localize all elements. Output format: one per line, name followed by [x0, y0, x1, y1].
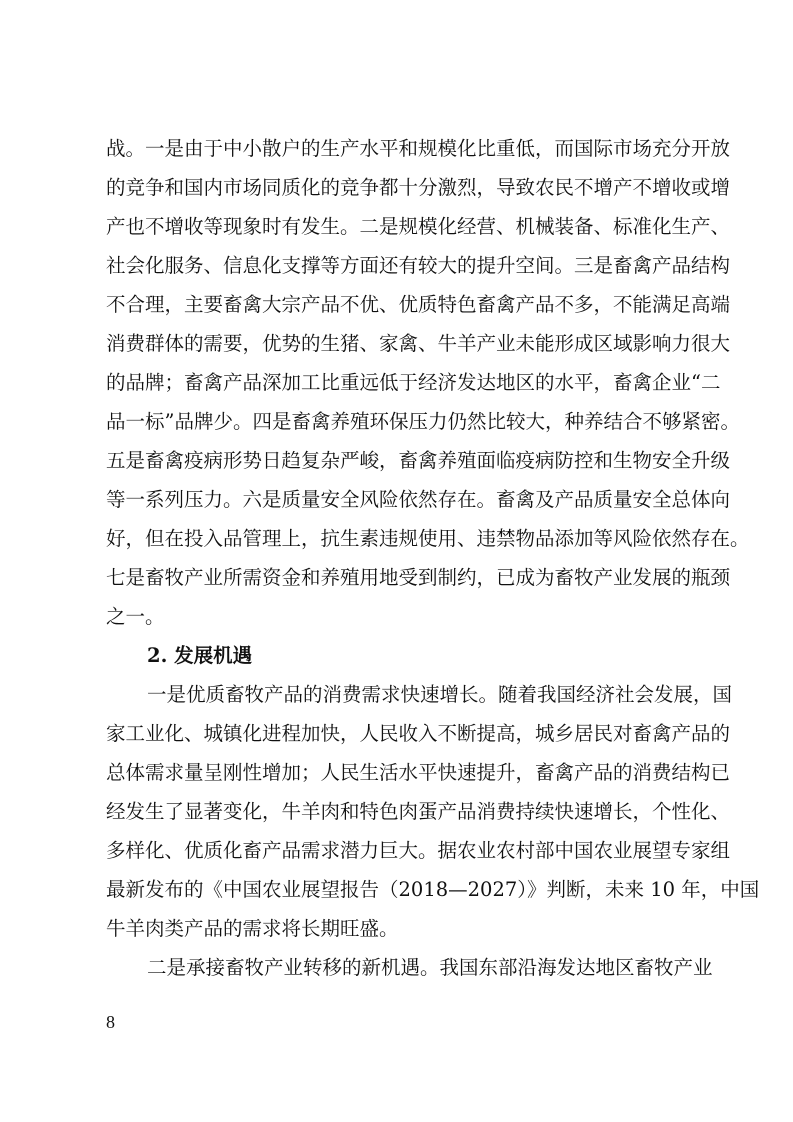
text-line: 总体需求量呈刚性增加；人民生活水平快速提升，畜禽产品的消费结构已: [106, 753, 692, 792]
text-line: 牛羊肉类产品的需求将长期旺盛。: [106, 909, 692, 948]
text-line: 产也不增收等现象时有发生。二是规模化经营、机械装备、标准化生产、: [106, 207, 692, 246]
page-number: 8: [106, 1008, 115, 1036]
text-line: 的竞争和国内市场同质化的竞争都十分激烈，导致农民不增产不增收或增: [106, 168, 692, 207]
text-line: 不合理，主要畜禽大宗产品不优、优质特色畜禽产品不多，不能满足高端: [106, 285, 692, 324]
text-line: 战。一是由于中小散户的生产水平和规模化比重低，而国际市场充分开放: [106, 129, 692, 168]
text-line: 五是畜禽疫病形势日趋复杂严峻，畜禽养殖面临疫病防控和生物安全升级: [106, 441, 692, 480]
text-line: 七是畜牧产业所需资金和养殖用地受到制约，已成为畜牧产业发展的瓶颈: [106, 558, 692, 597]
text-line: 好，但在投入品管理上，抗生素违规使用、违禁物品添加等风险依然存在。: [106, 519, 692, 558]
text-line: 最新发布的《中国农业展望报告（2018—2027）》判断，未来 10 年，中国: [106, 870, 692, 909]
text-line: 品一标”品牌少。四是畜禽养殖环保压力仍然比较大，种养结合不够紧密。: [106, 402, 692, 441]
section-heading: 2. 发展机遇: [147, 636, 252, 675]
text-line: 多样化、优质化畜产品需求潜力巨大。据农业农村部中国农业展望专家组: [106, 831, 692, 870]
text-line: 之一。: [106, 597, 692, 636]
text-line: 一是优质畜牧产品的消费需求快速增长。随着我国经济社会发展，国: [147, 675, 692, 714]
text-line: 家工业化、城镇化进程加快，人民收入不断提高，城乡居民对畜禽产品的: [106, 714, 692, 753]
text-line: 社会化服务、信息化支撑等方面还有较大的提升空间。三是畜禽产品结构: [106, 246, 692, 285]
document-page: 战。一是由于中小散户的生产水平和规模化比重低，而国际市场充分开放 的竞争和国内市…: [0, 0, 793, 1122]
text-line: 二是承接畜牧产业转移的新机遇。我国东部沿海发达地区畜牧产业: [147, 948, 675, 987]
text-line: 等一系列压力。六是质量安全风险依然存在。畜禽及产品质量安全总体向: [106, 480, 692, 519]
text-line: 经发生了显著变化，牛羊肉和特色肉蛋产品消费持续快速增长，个性化、: [106, 792, 692, 831]
text-line: 消费群体的需要，优势的生猪、家禽、牛羊产业未能形成区域影响力很大: [106, 324, 692, 363]
text-line: 的品牌；畜禽产品深加工比重远低于经济发达地区的水平，畜禽企业“二: [106, 363, 692, 402]
